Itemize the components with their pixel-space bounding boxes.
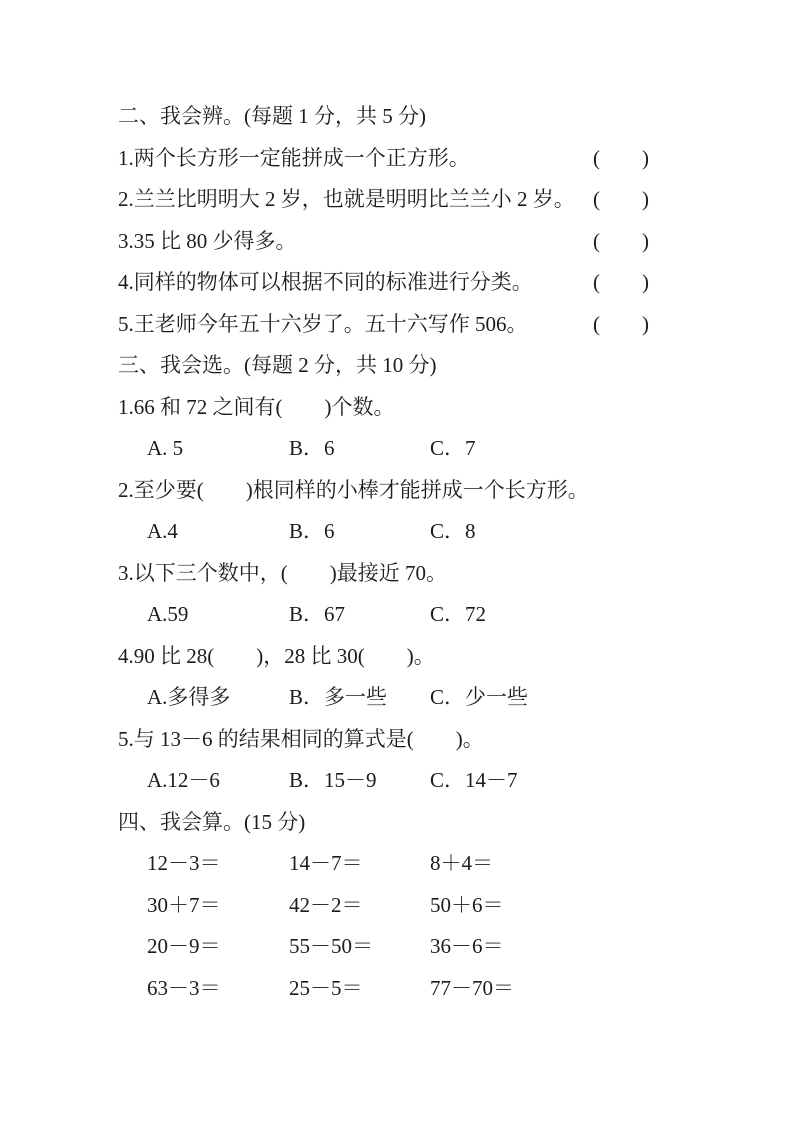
choose-question-5-option-a: A.12－6	[147, 760, 289, 802]
calc-problem-3-3: 36－6＝	[430, 926, 778, 968]
judge-question-4-answer-blank: ( )	[593, 262, 649, 304]
choose-question-5-text: 5.与 13－6 的结果相同的算式是( )。	[118, 719, 778, 761]
calc-row-2: 30＋7＝ 42－2＝ 50＋6＝	[118, 885, 778, 927]
test-paper-page: 二、我会辨。(每题 1 分，共 5 分) 1.两个长方形一定能拼成一个正方形。 …	[0, 0, 793, 1122]
choose-question-2-text: 2.至少要( )根同样的小棒才能拼成一个长方形。	[118, 470, 778, 512]
judge-question-4: 4.同样的物体可以根据不同的标准进行分类。 ( )	[118, 262, 778, 304]
calc-problem-1-2: 14－7＝	[289, 843, 430, 885]
calculate-section-title: 四、我会算。(15 分)	[118, 802, 778, 844]
calc-problem-3-2: 55－50＝	[289, 926, 430, 968]
judge-question-4-text: 4.同样的物体可以根据不同的标准进行分类。	[118, 270, 533, 294]
choose-question-2-option-a: A.4	[147, 511, 289, 553]
judge-question-3: 3.35 比 80 少得多。 ( )	[118, 221, 778, 263]
judge-question-3-answer-blank: ( )	[593, 221, 649, 263]
choose-question-2-option-c: C．8	[430, 511, 778, 553]
calc-problem-4-3: 77－70＝	[430, 968, 778, 1010]
calc-problem-4-2: 25－5＝	[289, 968, 430, 1010]
judge-question-2-text: 2.兰兰比明明大 2 岁，也就是明明比兰兰小 2 岁。	[118, 187, 575, 211]
choose-question-1-options: A. 5 B．6 C．7	[118, 428, 778, 470]
choose-question-3-options: A.59 B．67 C．72	[118, 594, 778, 636]
judge-question-1: 1.两个长方形一定能拼成一个正方形。 ( )	[118, 138, 778, 180]
calc-problem-3-1: 20－9＝	[147, 926, 289, 968]
choose-question-1-option-a: A. 5	[147, 428, 289, 470]
calc-row-4: 63－3＝ 25－5＝ 77－70＝	[118, 968, 778, 1010]
judge-question-5: 5.王老师今年五十六岁了。五十六写作 506。 ( )	[118, 304, 778, 346]
choose-question-4-option-c: C．少一些	[430, 677, 778, 719]
calc-problem-4-1: 63－3＝	[147, 968, 289, 1010]
choose-question-2-option-b: B．6	[289, 511, 430, 553]
judge-question-5-text: 5.王老师今年五十六岁了。五十六写作 506。	[118, 312, 528, 336]
calc-problem-2-3: 50＋6＝	[430, 885, 778, 927]
choose-question-3-text: 3.以下三个数中，( )最接近 70。	[118, 553, 778, 595]
calc-problem-2-1: 30＋7＝	[147, 885, 289, 927]
choose-section-title: 三、我会选。(每题 2 分，共 10 分)	[118, 345, 778, 387]
judge-question-5-answer-blank: ( )	[593, 304, 649, 346]
judge-question-2: 2.兰兰比明明大 2 岁，也就是明明比兰兰小 2 岁。 ( )	[118, 179, 778, 221]
choose-question-4-text: 4.90 比 28( )，28 比 30( )。	[118, 636, 778, 678]
choose-question-2-options: A.4 B．6 C．8	[118, 511, 778, 553]
calc-problem-1-1: 12－3＝	[147, 843, 289, 885]
choose-question-4-option-b: B．多一些	[289, 677, 430, 719]
choose-question-5-option-b: B．15－9	[289, 760, 430, 802]
choose-question-3-option-c: C．72	[430, 594, 778, 636]
choose-question-1-option-c: C．7	[430, 428, 778, 470]
judge-question-3-text: 3.35 比 80 少得多。	[118, 229, 297, 253]
judge-question-1-answer-blank: ( )	[593, 138, 649, 180]
choose-question-5-option-c: C．14－7	[430, 760, 778, 802]
judge-section-title: 二、我会辨。(每题 1 分，共 5 分)	[118, 96, 778, 138]
judge-question-2-answer-blank: ( )	[593, 179, 649, 221]
choose-question-4-options: A.多得多 B．多一些 C．少一些	[118, 677, 778, 719]
choose-question-3-option-b: B．67	[289, 594, 430, 636]
choose-question-1-option-b: B．6	[289, 428, 430, 470]
judge-question-1-text: 1.两个长方形一定能拼成一个正方形。	[118, 146, 470, 170]
choose-question-1-text: 1.66 和 72 之间有( )个数。	[118, 387, 778, 429]
choose-question-5-options: A.12－6 B．15－9 C．14－7	[118, 760, 778, 802]
paper-content: 二、我会辨。(每题 1 分，共 5 分) 1.两个长方形一定能拼成一个正方形。 …	[118, 96, 778, 1009]
choose-question-4-option-a: A.多得多	[147, 677, 289, 719]
calc-problem-1-3: 8＋4＝	[430, 843, 778, 885]
choose-question-3-option-a: A.59	[147, 594, 289, 636]
calc-problem-2-2: 42－2＝	[289, 885, 430, 927]
calc-row-3: 20－9＝ 55－50＝ 36－6＝	[118, 926, 778, 968]
calc-row-1: 12－3＝ 14－7＝ 8＋4＝	[118, 843, 778, 885]
